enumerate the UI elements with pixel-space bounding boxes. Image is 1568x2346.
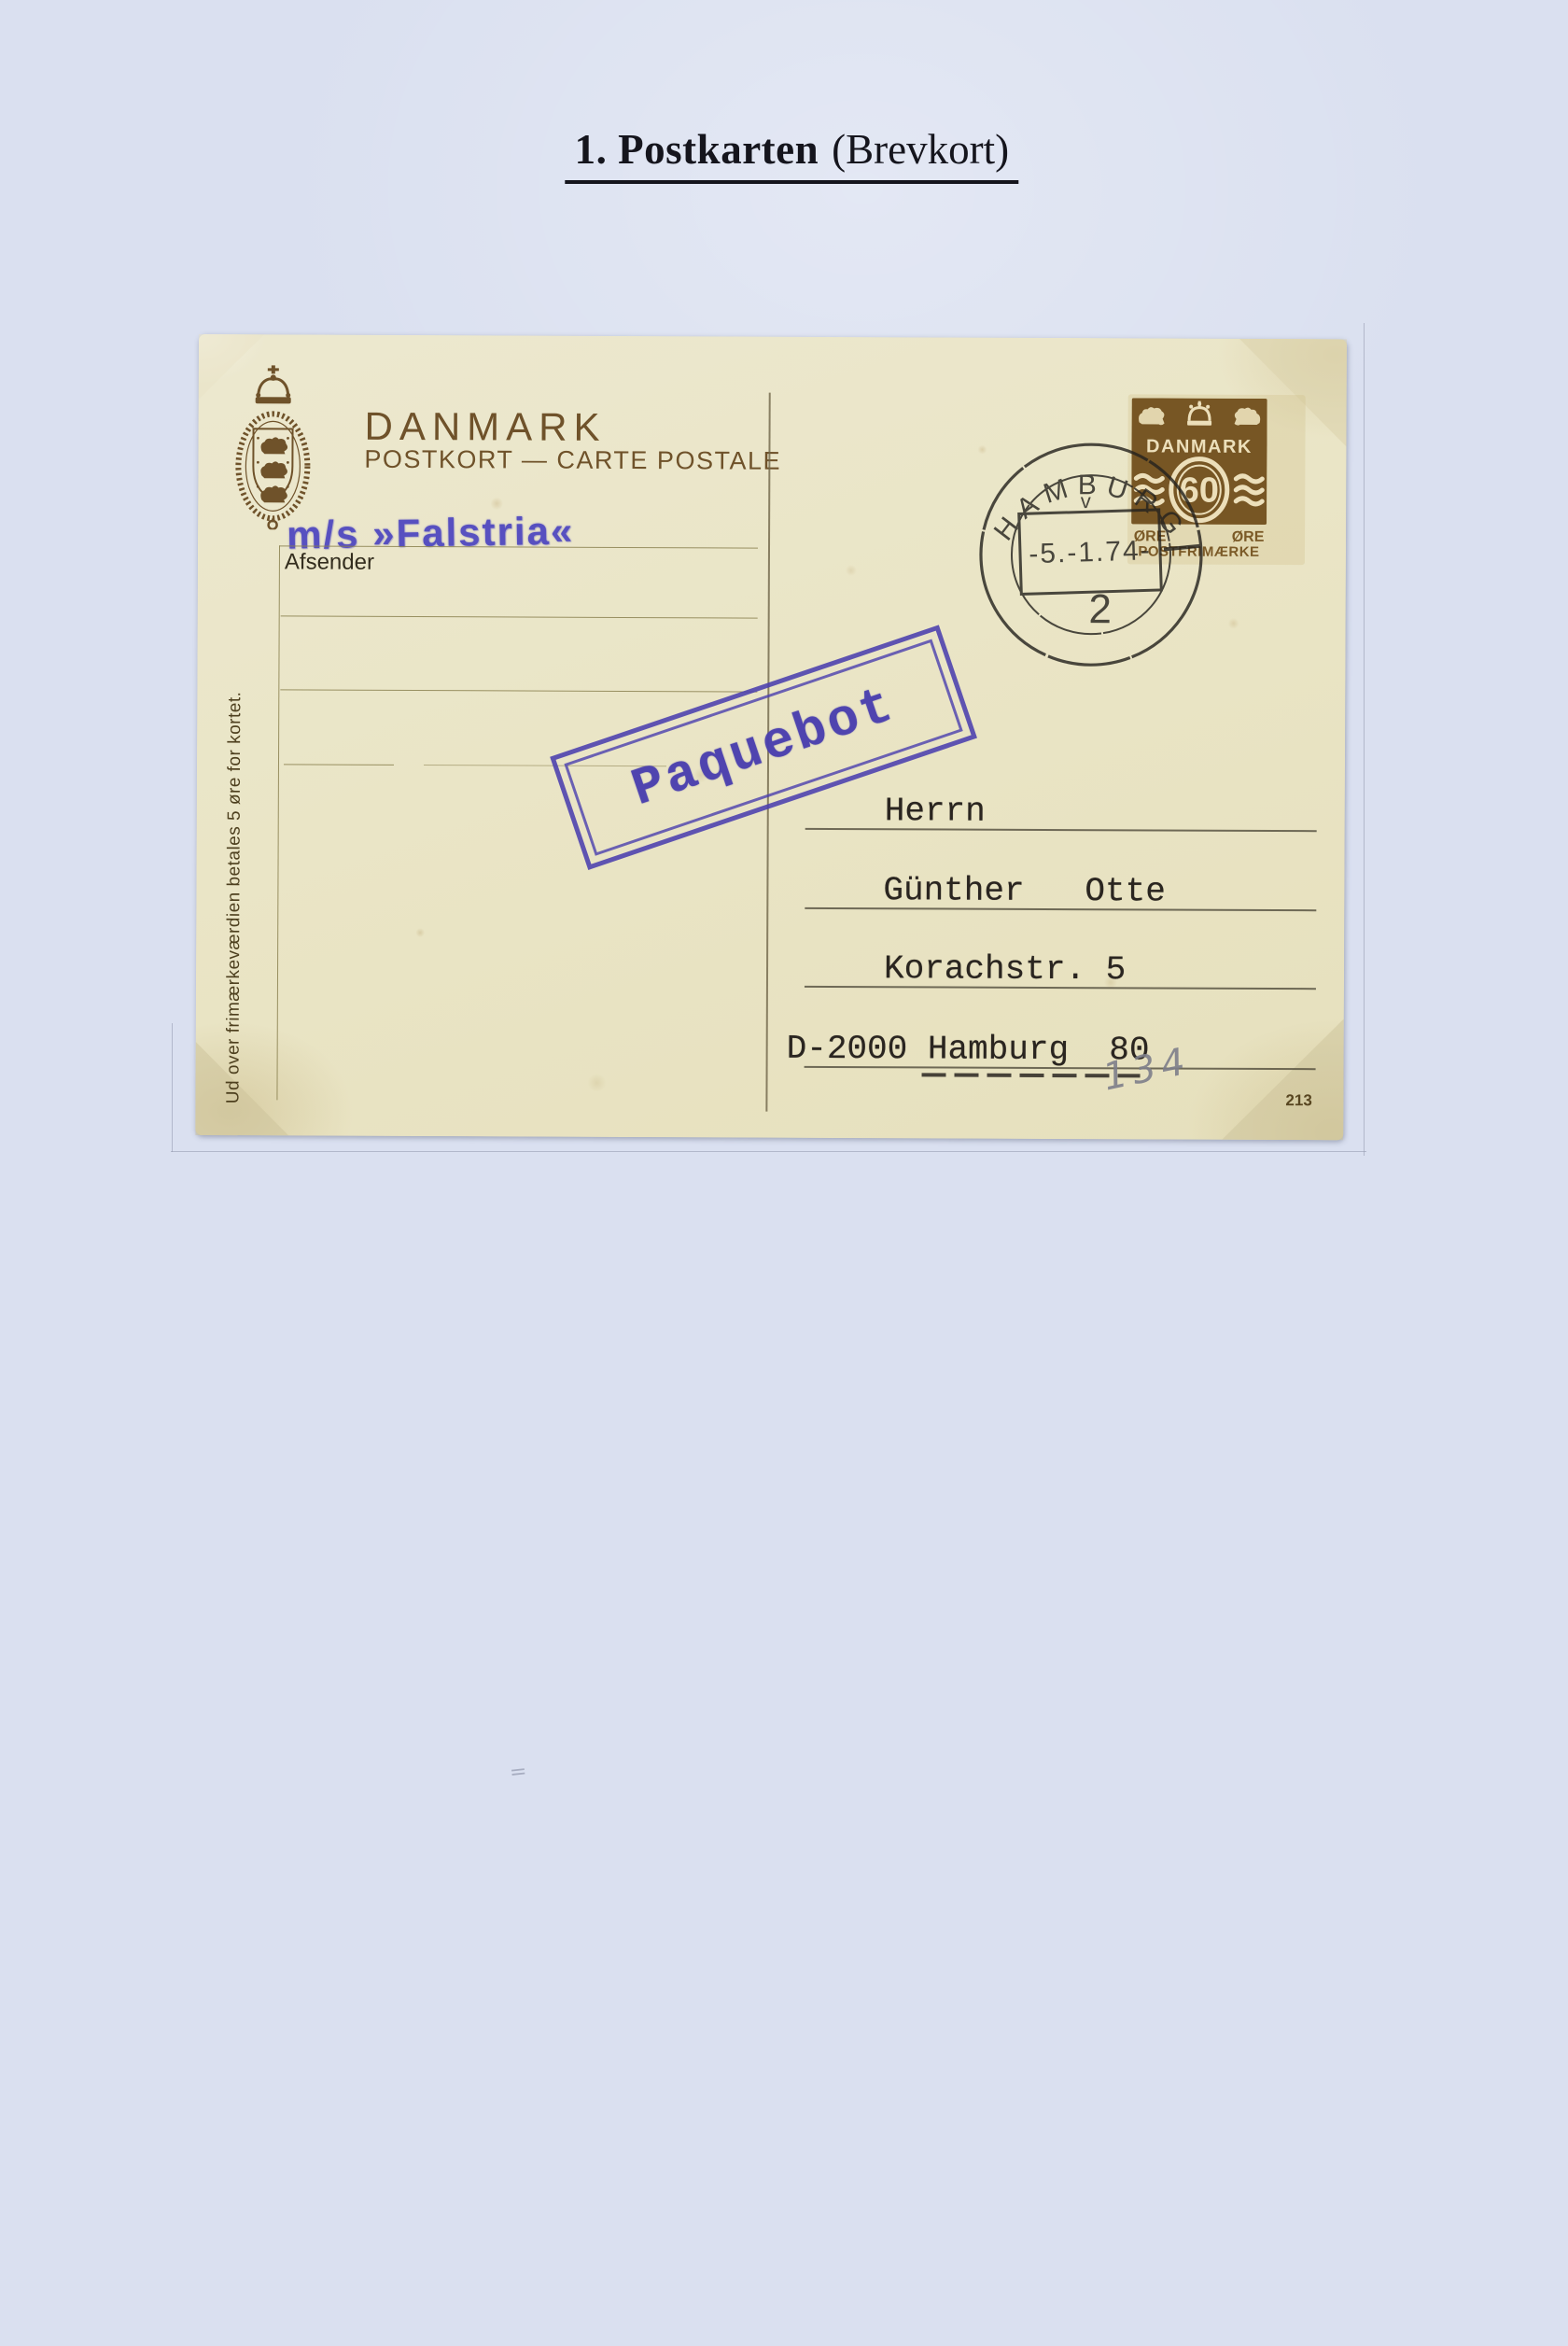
page-title-main: 1. Postkarten <box>575 126 819 173</box>
paquebot-label: Paquebot <box>624 675 903 820</box>
sender-left-border <box>276 545 280 1100</box>
sender-label: Afsender <box>285 549 374 575</box>
stray-pencil-mark: = <box>509 1760 528 1785</box>
postmark-district: 2 <box>1088 586 1112 632</box>
address-rule <box>805 828 1317 832</box>
postmark-date: -5.-1.74- <box>1029 535 1152 569</box>
sender-rule <box>281 615 758 618</box>
plate-number: 213 <box>1285 1091 1311 1110</box>
card-country-heading: DANMARK <box>364 404 606 450</box>
address-line: D-2000 Hamburg 80 <box>787 1030 1150 1070</box>
sender-rule <box>280 689 757 692</box>
page-title-sub: (Brevkort) <box>832 126 1009 173</box>
royal-crest-icon <box>230 363 316 529</box>
hamburg-postmark: HAMBURG v -5.-1.74- 2 <box>959 433 1222 677</box>
postmark-index-letter: v <box>1081 489 1091 513</box>
corner-mount-bottom-right <box>1222 1018 1344 1141</box>
album-page: 1. Postkarten(Brevkort) = <box>0 0 1568 2346</box>
sleeve-edge-left <box>172 1023 173 1152</box>
card-subtitle: POSTKORT — CARTE POSTALE <box>364 445 781 476</box>
side-note: Ud over frimærkeværdien betales 5 øre fo… <box>223 676 245 1103</box>
page-title: 1. Postkarten(Brevkort) <box>566 125 1018 184</box>
address-rule <box>805 1066 1316 1070</box>
paquebot-handstamp: Paquebot <box>550 625 977 870</box>
address-rule <box>805 907 1316 911</box>
postmark-bridge: -5.-1.74- <box>1019 510 1162 595</box>
sender-rule <box>284 764 394 766</box>
postcard: DANMARK POSTKORT — CARTE POSTALE m/s »Fa… <box>195 334 1347 1140</box>
address-line: Günther Otte <box>883 871 1166 910</box>
sleeve-edge-right <box>1364 323 1365 1156</box>
address-line: Korachstr. 5 <box>884 949 1126 989</box>
sleeve-edge-bottom <box>171 1151 1366 1152</box>
address-line: Herrn <box>885 792 986 830</box>
stamp-ore-right: ØRE <box>1232 529 1265 545</box>
address-rule <box>805 986 1316 990</box>
